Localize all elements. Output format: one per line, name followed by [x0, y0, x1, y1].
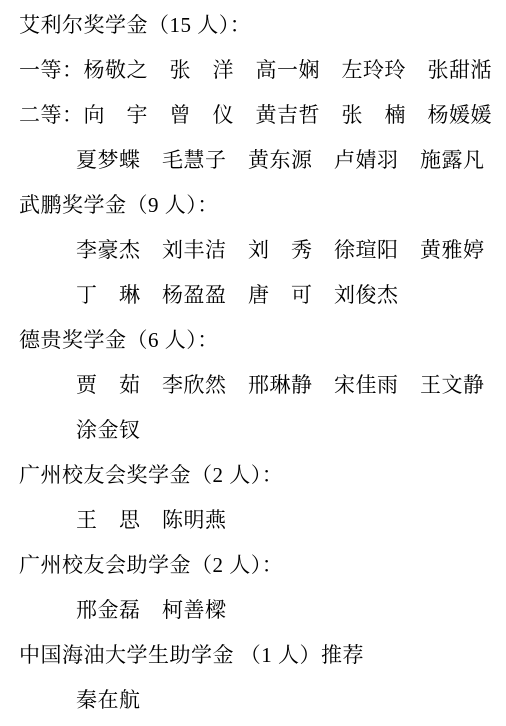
scholarship-list-document: 艾利尔奖学金（15 人）： 一等：杨敬之 张 洋 高一娴 左玲玲 张甜湉 二等：… [0, 0, 506, 723]
row-wupeng-winners-1: 李豪杰 刘丰洁 刘 秀 徐瑄阳 黄雅婷 [19, 228, 506, 273]
heading-guangzhou-alumni-scholarship: 广州校友会奖学金（2 人）： [19, 453, 506, 498]
row-guangzhou-alumni-scholarship-winners: 王 思 陈明燕 [19, 498, 506, 543]
row-ailier-second-class-winners-cont: 夏梦蝶 毛慧子 黄东源 卢婧羽 施露凡 [19, 138, 506, 183]
heading-cnooc-student-grant: 中国海油大学生助学金 （1 人）推荐 [19, 633, 506, 678]
row-wupeng-winners-2: 丁 琳 杨盈盈 唐 可 刘俊杰 [19, 273, 506, 318]
heading-wupeng-scholarship: 武鹏奖学金（9 人）： [19, 183, 506, 228]
row-degui-winners-1: 贾 茹 李欣然 邢琳静 宋佳雨 王文静 [19, 363, 506, 408]
row-cnooc-student-grant-winner: 秦在航 [19, 678, 506, 723]
heading-guangzhou-alumni-grant: 广州校友会助学金（2 人）： [19, 543, 506, 588]
heading-degui-scholarship: 德贵奖学金（6 人）： [19, 318, 506, 363]
row-guangzhou-alumni-grant-winners: 邢金磊 柯善樑 [19, 588, 506, 633]
row-ailier-second-class-winners: 二等：向 宇 曾 仪 黄吉哲 张 楠 杨媛媛 [19, 93, 506, 138]
row-degui-winners-2: 涂金钗 [19, 408, 506, 453]
scholarship-list-page: 艾利尔奖学金（15 人）： 一等：杨敬之 张 洋 高一娴 左玲玲 张甜湉 二等：… [0, 0, 506, 726]
heading-ailier-scholarship: 艾利尔奖学金（15 人）： [19, 3, 506, 48]
row-ailier-first-class-winners: 一等：杨敬之 张 洋 高一娴 左玲玲 张甜湉 [19, 48, 506, 93]
